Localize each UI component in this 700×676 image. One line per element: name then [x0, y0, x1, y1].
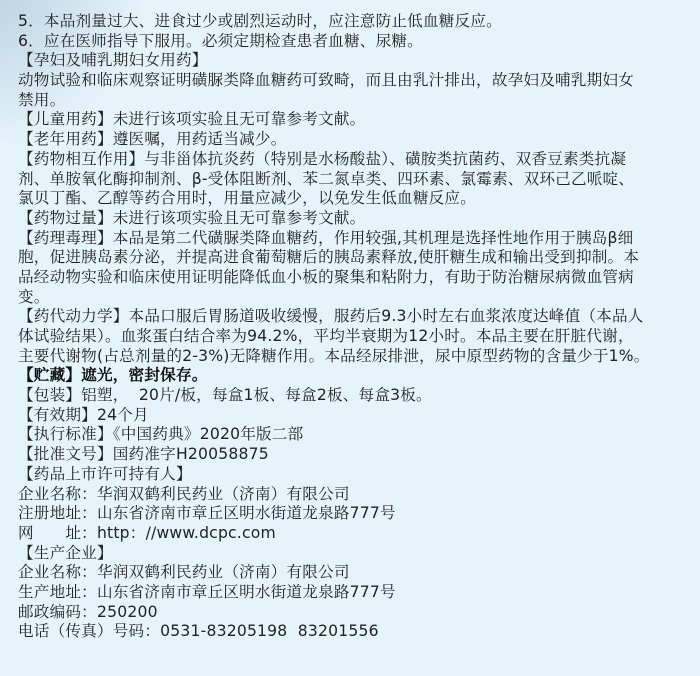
text-line: 剂、单胺氧化酶抑制剂、β-受体阻断剂、苯二氮卓类、四环素、氯霉素、双环己乙哌啶、 [18, 170, 682, 190]
text-line: 电话（传真）号码：0531-83205198 83201556 [18, 622, 682, 642]
text-line: 【药物相互作用】与非甾体抗炎药（特别是水杨酸盐）、磺胺类抗菌药、双香豆素类抗凝 [18, 150, 682, 170]
text-line: 【药理毒理】本品是第二代磺脲类降血糖药，作用较强,其机理是选择性地作用于胰岛β细 [18, 229, 682, 249]
text-line: 【贮藏】遮光，密封保存。 [18, 366, 682, 386]
drug-insert-page: 5．本品剂量过大、进食过少或剧烈运动时，应注意防止低血糖反应。6．应在医师指导下… [0, 0, 700, 676]
text-line: 【批准文号】国药准字H20058875 [18, 445, 682, 465]
text-line: 【儿童用药】未进行该项实验且无可靠参考文献。 [18, 110, 682, 130]
text-line: 注册地址：山东省济南市章丘区明水街道龙泉路777号 [18, 504, 682, 524]
text-line: 【有效期】24个月 [18, 406, 682, 426]
text-line: 【老年用药】遵医嘱，用药适当减少。 [18, 130, 682, 150]
text-line: 胞，促进胰岛素分泌，并提高进食葡萄糖后的胰岛素释放,使肝糖生成和输出受到抑制。本 [18, 248, 682, 268]
text-line: 氯贝丁酯、乙醇等药合用时，用量应减少，以免发生低血糖反应。 [18, 189, 682, 209]
text-line: 【药物过量】未进行该项实验且无可靠参考文献。 [18, 209, 682, 229]
text-line: 品经动物实验和临床使用证明能降低血小板的聚集和粘附力，有助于防治糖尿病微血管病 [18, 268, 682, 288]
text-line: 【药代动力学】本品口服后胃肠道吸收缓慢，服药后9.3小时左右血浆浓度达峰值（本品… [18, 307, 682, 327]
text-line: 【执行标准】《中国药典》2020年版二部 [18, 425, 682, 445]
text-line: 5．本品剂量过大、进食过少或剧烈运动时，应注意防止低血糖反应。 [18, 12, 682, 32]
text-line: 体试验结果）。血浆蛋白结合率为94.2%，平均半衰期为12小时。本品主要在肝脏代… [18, 327, 682, 347]
text-line: 【生产企业】 [18, 544, 682, 564]
text-line: 邮政编码：250200 [18, 603, 682, 623]
text-line: 6．应在医师指导下服用。必须定期检查患者血糖、尿糖。 [18, 32, 682, 52]
text-line: 网 址：http：//www.dcpc.com [18, 524, 682, 544]
text-line: 【药品上市许可持有人】 [18, 465, 682, 485]
text-line: 禁用。 [18, 91, 682, 111]
text-line: 主要代谢物(占总剂量的2-3%)无降糖作用。本品经尿排泄，尿中原型药物的含量少于… [18, 347, 682, 367]
text-line: 企业名称：华润双鹤利民药业（济南）有限公司 [18, 485, 682, 505]
text-line: 变。 [18, 288, 682, 308]
text-line: 生产地址：山东省济南市章丘区明水街道龙泉路777号 [18, 583, 682, 603]
text-line: 动物试验和临床观察证明磺脲类降血糖药可致畸，而且由乳汁排出，故孕妇及哺乳期妇女 [18, 71, 682, 91]
text-line: 【孕妇及哺乳期妇女用药】 [18, 51, 682, 71]
document-body: 5．本品剂量过大、进食过少或剧烈运动时，应注意防止低血糖反应。6．应在医师指导下… [18, 12, 682, 642]
text-line: 企业名称：华润双鹤利民药业（济南）有限公司 [18, 563, 682, 583]
text-line: 【包装】铝塑， 20片/板，每盒1板、每盒2板、每盒3板。 [18, 386, 682, 406]
